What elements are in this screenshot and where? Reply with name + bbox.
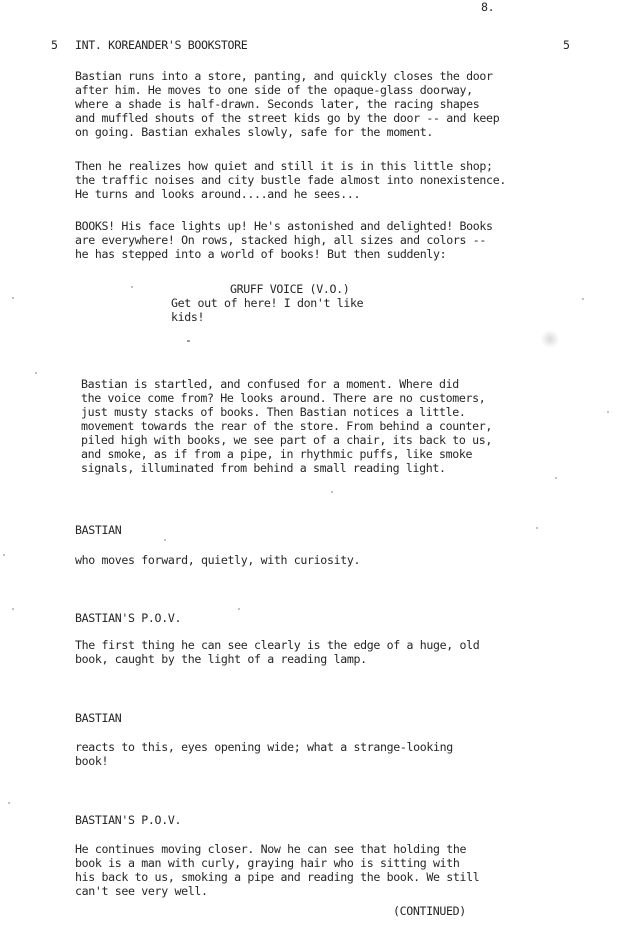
continued-marker: (CONTINUED)	[393, 904, 466, 918]
action-paragraph: who moves forward, quietly, with curiosi…	[75, 553, 360, 567]
scan-speck	[331, 491, 333, 493]
scene-number-left: 5	[51, 38, 58, 52]
scan-speck	[238, 608, 240, 610]
scan-speck	[582, 298, 584, 300]
action-paragraph: He continues moving closer. Now he can s…	[75, 842, 479, 898]
action-paragraph: Bastian runs into a store, panting, and …	[75, 69, 499, 139]
action-paragraph: BOOKS! His face lights up! He's astonish…	[75, 219, 493, 261]
scan-speck	[131, 286, 133, 288]
scan-speck	[8, 802, 10, 804]
scan-speck	[536, 527, 538, 529]
action-paragraph: Bastian is startled, and confused for a …	[81, 377, 492, 475]
dash-mark: -	[185, 333, 192, 347]
scan-smudge	[540, 330, 560, 348]
scan-speck	[555, 477, 557, 479]
character-cue: GRUFF VOICE (V.O.)	[230, 282, 349, 296]
scan-speck	[35, 372, 37, 374]
page-number: 8.	[481, 0, 494, 14]
shot-heading: BASTIAN	[75, 523, 121, 537]
action-paragraph: The first thing he can see clearly is th…	[75, 638, 479, 666]
shot-heading: BASTIAN'S P.O.V.	[75, 611, 181, 625]
shot-heading: BASTIAN'S P.O.V.	[75, 813, 181, 827]
scan-speck	[3, 554, 5, 556]
action-paragraph: Then he realizes how quiet and still it …	[75, 159, 506, 201]
scene-number-right: 5	[563, 38, 570, 52]
action-paragraph: reacts to this, eyes opening wide; what …	[75, 740, 453, 768]
dialogue: Get out of here! I don't like kids!	[171, 296, 363, 324]
shot-heading: BASTIAN	[75, 711, 121, 725]
scan-speck	[607, 411, 609, 413]
scene-heading: INT. KOREANDER'S BOOKSTORE	[75, 38, 247, 52]
scan-speck	[12, 608, 14, 610]
scan-speck	[164, 539, 166, 541]
scan-speck	[12, 297, 14, 299]
